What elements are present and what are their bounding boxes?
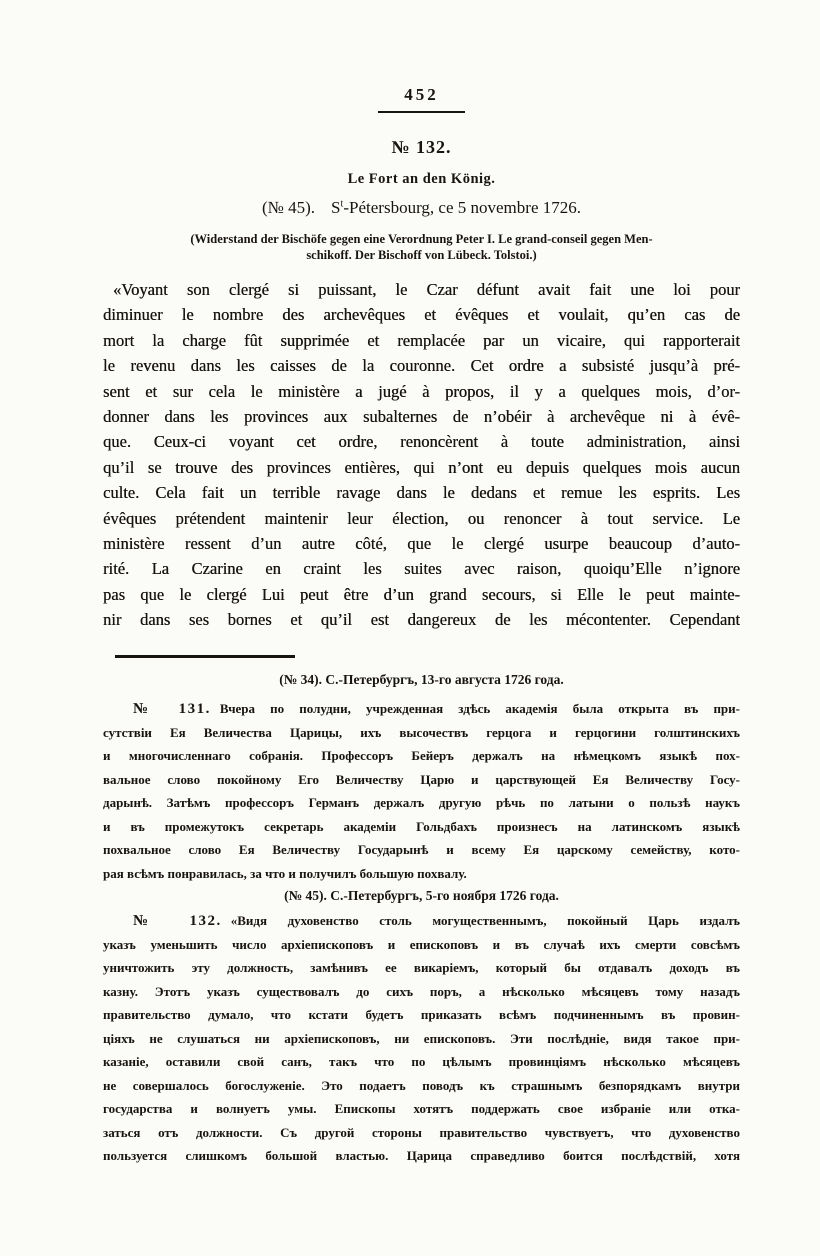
footnote1-number-label: № 131. [133, 701, 211, 717]
text-line: казну. Этотъ указъ существовалъ до сихъ … [103, 980, 740, 1004]
footnote1-paragraph: № 131.Вчера по полудни, учрежденная здѣс… [103, 697, 740, 885]
footnote2-paragraph: № 132.«Видя духовенство столь могуществе… [103, 909, 740, 1168]
text-line: ministère ressent d’un autre côté, que l… [103, 531, 740, 556]
text-line: donner dans les provinces aux subalterne… [103, 404, 740, 429]
page-number: 452 [103, 86, 740, 104]
dateline: (№ 45).St-Pétersbourg, ce 5 novembre 172… [103, 197, 740, 219]
text-line: ціяхъ не слушаться ни архіепископовъ, ни… [103, 1027, 740, 1051]
text-line: diminuer le nombre des archevêques et év… [103, 302, 740, 327]
dateline-ref: (№ 45). [262, 198, 315, 217]
text-line: schikoff. Der Bischoff von Lübeck. Tolst… [103, 247, 740, 263]
text-line: mort la charge fût supprimée et remplacé… [103, 328, 740, 353]
text-line: и въ промежутокъ секретарь академіи Голь… [103, 815, 740, 839]
text-line: дарынѣ. Затѣмъ профессоръ Германъ держал… [103, 791, 740, 815]
footnote2-first-line-text: «Видя духовенство столь могущественнымъ,… [231, 913, 740, 928]
footnote2-number-label: № 132. [133, 913, 222, 929]
text-line: не совершалось богослуженіе. Это подаетъ… [103, 1074, 740, 1098]
text-line: que. Ceux-ci voyant cet ordre, renoncère… [103, 429, 740, 454]
dateline-place-date: St-Pétersbourg, ce 5 novembre 1726. [331, 198, 581, 217]
text-line: вальное слово покойному Его Величеству Ц… [103, 768, 740, 792]
footnote1-first-line: № 131.Вчера по полудни, учрежденная здѣс… [103, 697, 740, 721]
text-line: rité. La Czarine en craint les suites av… [103, 556, 740, 581]
text-line: nir dans ses bornes et qu’il est dangere… [103, 607, 740, 632]
footnote2-dateline: (№ 45). С.-Петербургъ, 5-го ноября 1726 … [103, 887, 740, 904]
text-line: уничтожить эту должность, замѣнивъ ее ви… [103, 956, 740, 980]
text-line: казаніе, оставили свой санъ, такъ что по… [103, 1050, 740, 1074]
text-line: и многочисленнаго собранія. Профессоръ Б… [103, 744, 740, 768]
text-line: «Voyant son clergé si puissant, le Czar … [103, 277, 740, 302]
text-line: évêques prétendent maintenir leur électi… [103, 506, 740, 531]
footnote1-first-line-text: Вчера по полудни, учрежденная здѣсь акад… [220, 701, 740, 716]
text-line: похвальное слово Ея Величеству Государын… [103, 838, 740, 862]
footnote2-first-line: № 132.«Видя духовенство столь могуществе… [103, 909, 740, 933]
text-line: (Widerstand der Bischöfe gegen eine Vero… [103, 231, 740, 247]
editorial-summary: (Widerstand der Bischöfe gegen eine Vero… [103, 231, 740, 263]
text-line: сутствіи Ея Величества Царицы, ихъ высоч… [103, 721, 740, 745]
text-line: указъ уменьшить число архіепископовъ и е… [103, 933, 740, 957]
document-title: Le Fort an den König. [103, 171, 740, 187]
text-line: государства и волнуетъ умы. Епископы хот… [103, 1097, 740, 1121]
text-line: culte. Cela fait un terrible ravage dans… [103, 480, 740, 505]
text-line: le revenu dans les caisses de la couronn… [103, 353, 740, 378]
text-line: sent et sur cela le ministère a jugé à p… [103, 379, 740, 404]
document-number-heading: № 132. [103, 138, 740, 157]
text-line: пользуется слишкомъ большой властью. Цар… [103, 1144, 740, 1168]
footnote1-dateline: (№ 34). С.-Петербургъ, 13-го августа 172… [103, 671, 740, 688]
text-line: pas que le clergé Lui peut être d’un gra… [103, 582, 740, 607]
page-number-rule [378, 111, 465, 113]
text-line: заться отъ должности. Съ другой стороны … [103, 1121, 740, 1145]
text-line: qu’il se trouve des provinces entières, … [103, 455, 740, 480]
scanned-book-page: 452 № 132. Le Fort an den König. (№ 45).… [0, 0, 820, 1256]
text-line: рая всѣмъ понравилась, за что и получилъ… [103, 862, 740, 886]
text-line: правительство думало, что кстати будетъ … [103, 1003, 740, 1027]
main-text-paragraph: «Voyant son clergé si puissant, le Czar … [103, 277, 740, 632]
footnote2-remaining-lines: указъ уменьшить число архіепископовъ и е… [103, 933, 740, 1168]
footnote-separator-rule [115, 655, 295, 658]
footnote1-remaining-lines: сутствіи Ея Величества Царицы, ихъ высоч… [103, 721, 740, 886]
